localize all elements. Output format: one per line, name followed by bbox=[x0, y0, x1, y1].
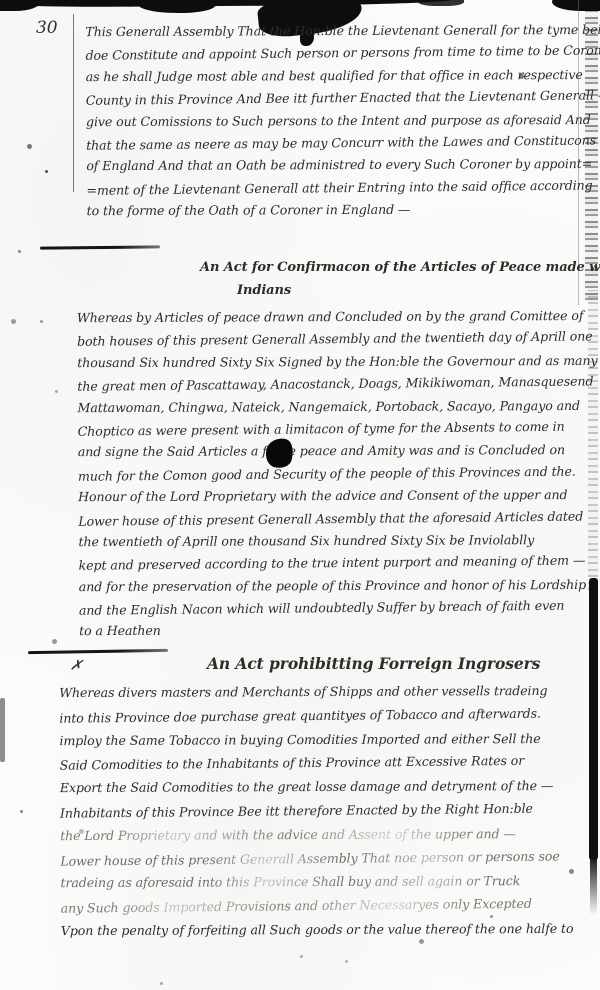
manuscript-line: to a Heathen bbox=[79, 618, 600, 643]
paragraph-articles-of-peace: Whereas by Articles of peace drawn and C… bbox=[77, 304, 600, 644]
act-heading-ingrossers: An Act prohibitting Forreign Ingrosers bbox=[207, 654, 540, 673]
margin-rule bbox=[73, 14, 74, 192]
act-heading-peace: An Act for Confirmacon of the Articles o… bbox=[200, 260, 600, 275]
manuscript-line: County in this Province And Bee itt furt… bbox=[86, 84, 600, 112]
marginal-cross-mark: ✗ bbox=[69, 655, 84, 675]
page-number: 30 bbox=[36, 18, 57, 38]
section-divider bbox=[40, 245, 160, 249]
paper-specks bbox=[45, 170, 48, 173]
manuscript-line: Vpon the penalty of forfeiting all Such … bbox=[61, 917, 574, 943]
act-heading-peace-line2: Indians bbox=[237, 283, 291, 298]
section-divider bbox=[28, 649, 168, 654]
manuscript-line: Inhabitants of this Province Bee itt the… bbox=[60, 796, 573, 825]
manuscript-line: the great men of Pascattaway, Anacostanc… bbox=[77, 370, 600, 398]
paragraph-foreign-ingrossers: Whereas divers masters and Merchants of … bbox=[59, 678, 573, 943]
manuscript-page: 30 This Generall Assembly That the Hon:b… bbox=[0, 0, 600, 990]
top-ink-smudge bbox=[0, 0, 455, 8]
manuscript-line: to the forme of the Oath of a Coroner in… bbox=[87, 198, 600, 223]
manuscript-line: Honour of the Lord Proprietary with the … bbox=[78, 484, 600, 509]
paragraph-coroners: This Generall Assembly That the Hon:ble … bbox=[85, 18, 600, 223]
ink-smudge-blob bbox=[418, 0, 464, 6]
ink-smudge-blob bbox=[138, 0, 217, 14]
binding-edge bbox=[590, 855, 597, 915]
manuscript-line: of England And that an Oath be administr… bbox=[86, 153, 600, 178]
manuscript-line: the Lord Proprietary and with the advice… bbox=[60, 822, 573, 848]
ink-smudge-blob bbox=[0, 0, 40, 11]
manuscript-line: Whereas divers masters and Merchants of … bbox=[59, 679, 572, 705]
manuscript-line: into this Province doe purchase great qu… bbox=[59, 701, 572, 730]
left-edge-marks bbox=[0, 698, 5, 762]
